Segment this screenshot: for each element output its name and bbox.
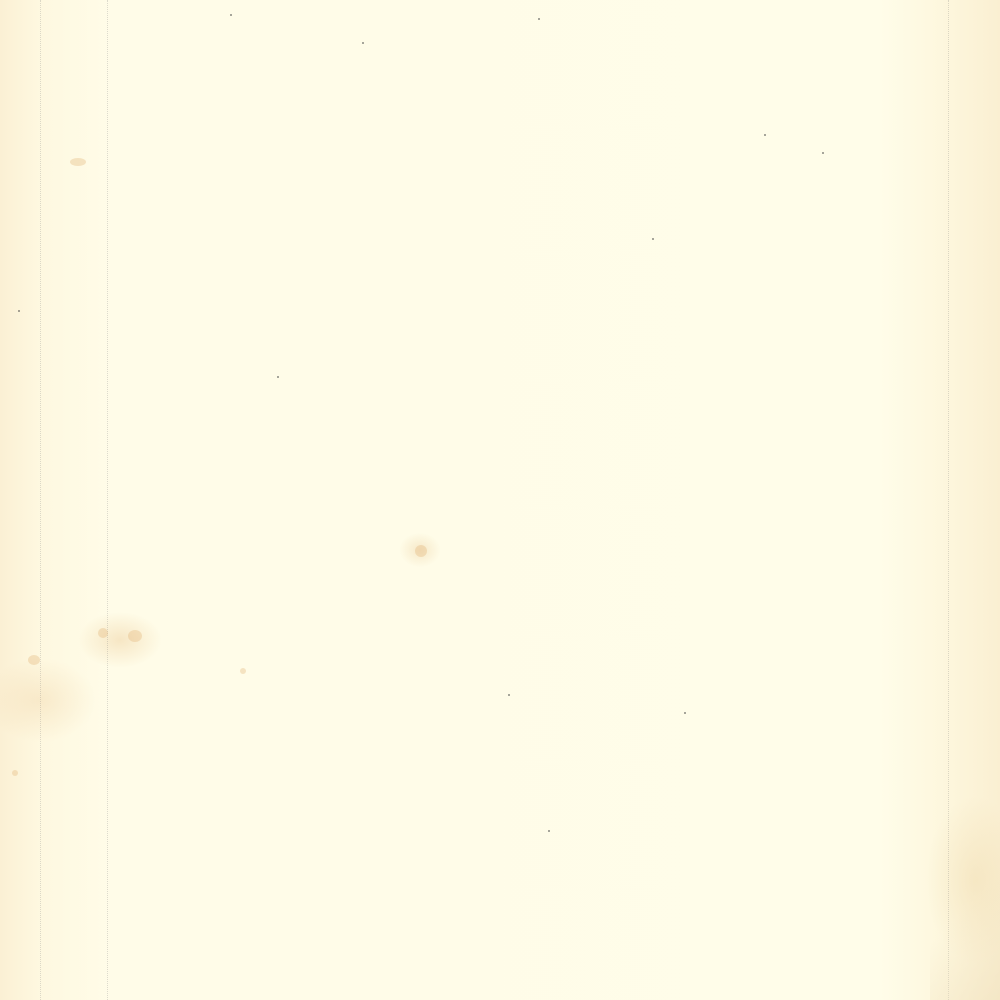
- speck: [538, 18, 540, 20]
- speck: [548, 830, 550, 832]
- foxing-stain: [415, 545, 427, 557]
- speck: [652, 238, 654, 240]
- speck: [18, 310, 20, 312]
- binding-line: [107, 0, 109, 1000]
- speck: [822, 152, 824, 154]
- page-corner-fold: [930, 860, 1000, 1000]
- right-margin-line: [948, 0, 950, 1000]
- speck: [684, 712, 686, 714]
- show-through-text: [280, 195, 730, 365]
- foxing-stain: [98, 628, 108, 638]
- foxing-stain: [240, 668, 246, 674]
- speck: [764, 134, 766, 136]
- speck: [230, 14, 232, 16]
- foxing-stain: [70, 158, 86, 166]
- foxing-stain: [28, 655, 40, 665]
- foxing-stain: [12, 770, 18, 776]
- speck: [508, 694, 510, 696]
- speck: [362, 42, 364, 44]
- foxing-stain: [128, 630, 142, 642]
- scanned-blank-page: [0, 0, 1000, 1000]
- speck: [277, 376, 279, 378]
- left-margin-line: [40, 0, 42, 1000]
